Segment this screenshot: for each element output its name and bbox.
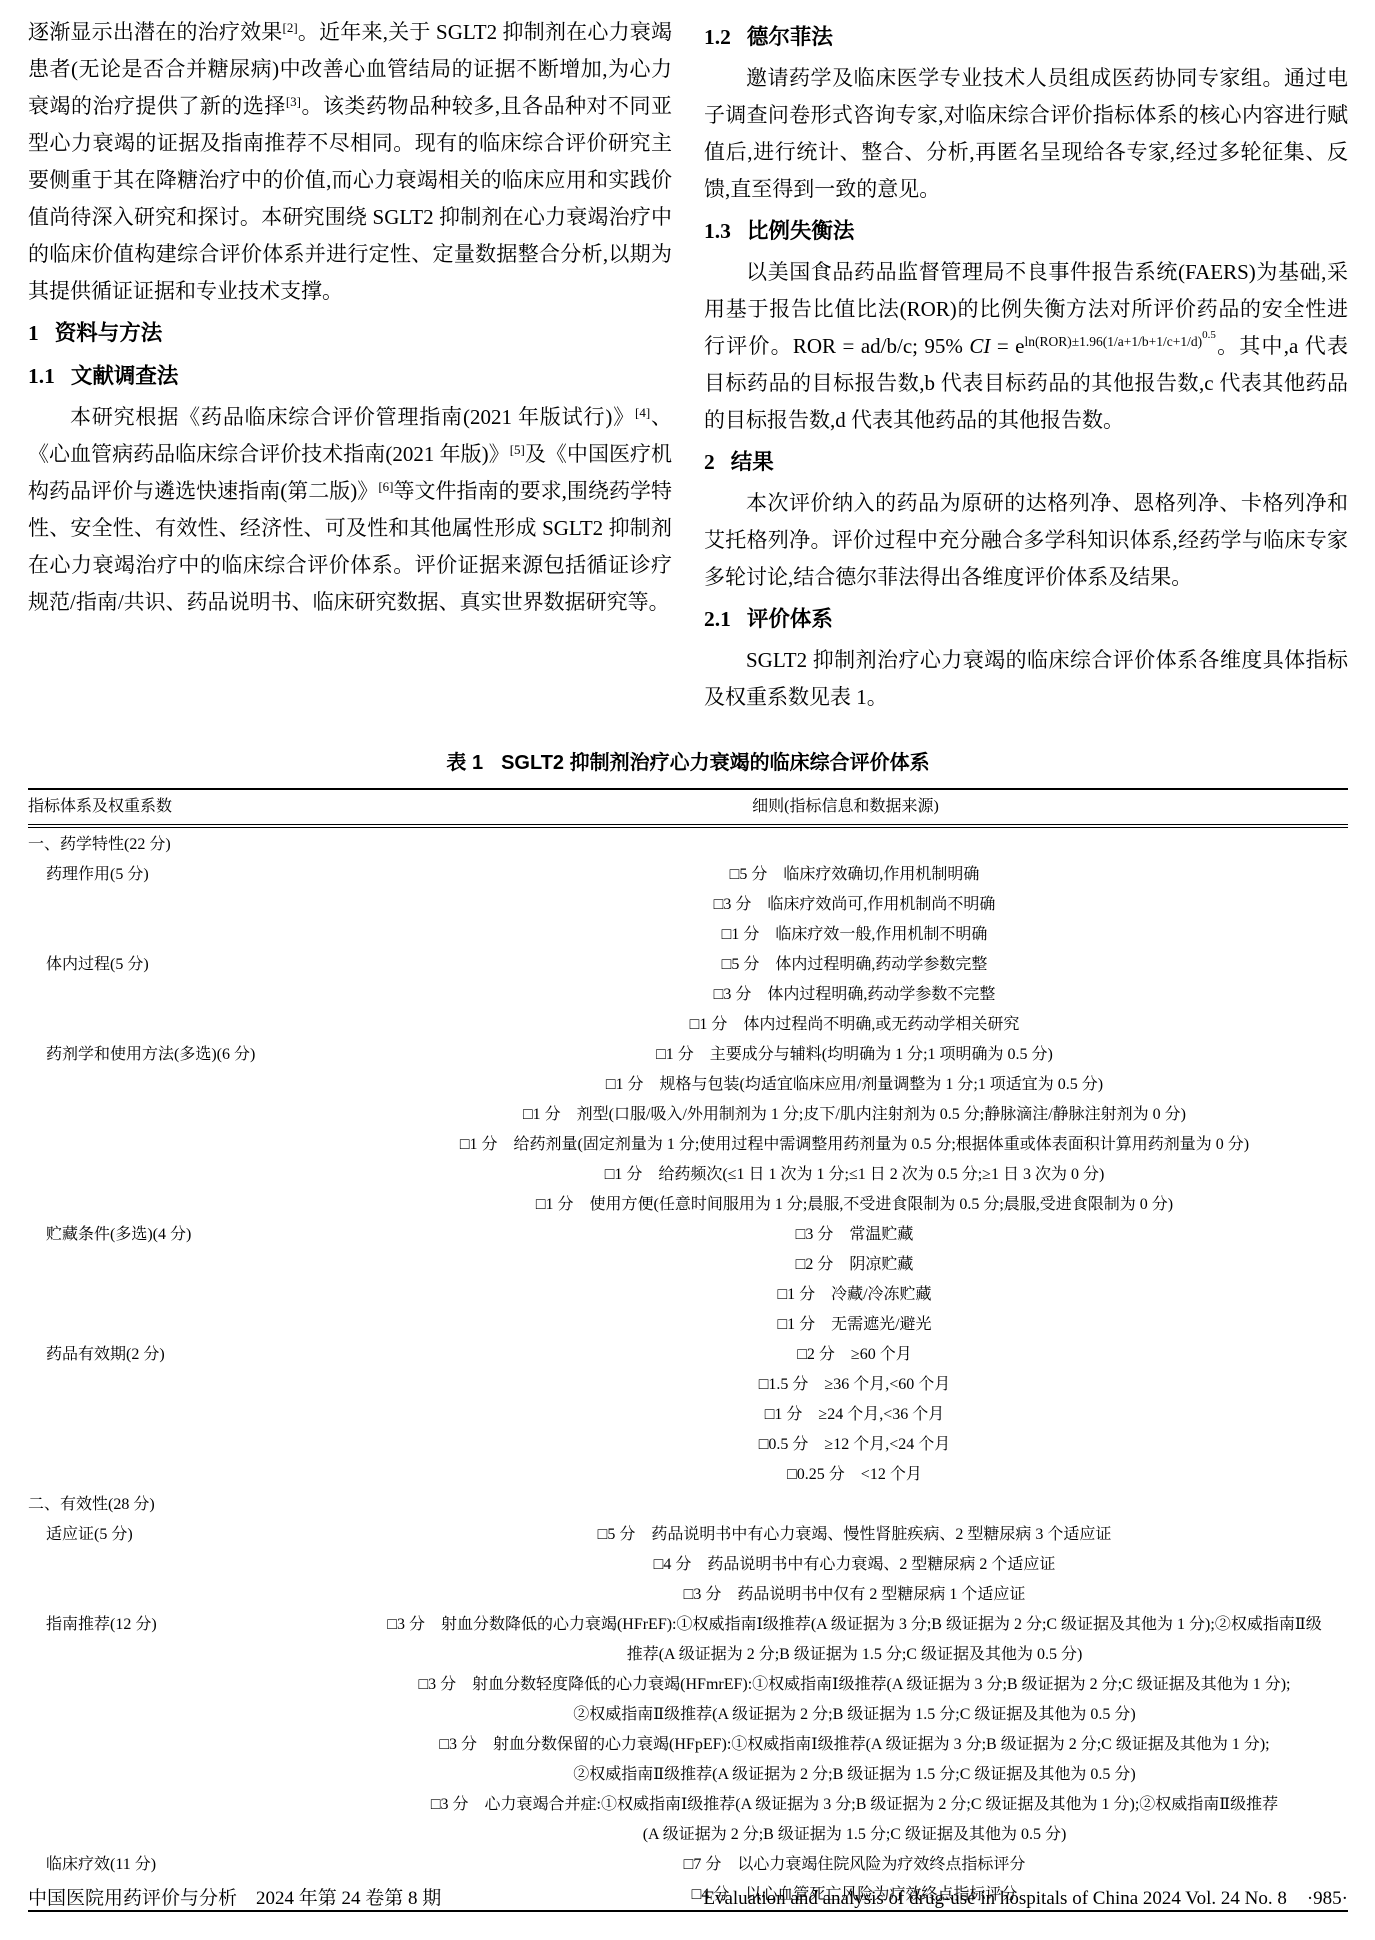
detail-line: 推荐(A 级证据为 2 分;B 级证据为 1.5 分;C 级证据及其他为 0.5… <box>361 1640 1348 1670</box>
row-indicator-label: 指南推荐(12 分) <box>28 1610 361 1640</box>
paragraph-intro: 逐渐显示出潜在的治疗效果[2]。近年来,关于 SGLT2 抑制剂在心力衰竭患者(… <box>28 14 672 310</box>
section-heading-disproportionality: 1.3比例失衡法 <box>704 211 1348 251</box>
section-heading-results: 2结果 <box>704 442 1348 482</box>
detail-line: □5 分 药品说明书中有心力衰竭、慢性肾脏疾病、2 型糖尿病 3 个适应证 <box>361 1520 1348 1550</box>
detail-line: □3 分 临床疗效尚可,作用机制尚不明确 <box>361 890 1348 920</box>
table-row: 体内过程(5 分)□5 分 体内过程明确,药动学参数完整□3 分 体内过程明确,… <box>28 950 1348 1040</box>
detail-line: □0.25 分 <12 个月 <box>361 1460 1348 1490</box>
paragraph-disproportionality: 以美国食品药品监督管理局不良事件报告系统(FAERS)为基础,采用基于报告比值比… <box>704 254 1348 439</box>
paragraph-results: 本次评价纳入的药品为原研的达格列净、恩格列净、卡格列净和艾托格列净。评价过程中充… <box>704 485 1348 596</box>
section-heading-literature-survey: 1.1文献调查法 <box>28 356 672 396</box>
reference-superscript: [2] <box>282 20 297 35</box>
text-segment: 本研究根据《药品临床综合评价管理指南(2021 年版试行)》 <box>70 405 635 429</box>
left-column: 逐渐显示出潜在的治疗效果[2]。近年来,关于 SGLT2 抑制剂在心力衰竭患者(… <box>28 14 672 716</box>
detail-line: □1 分 ≥24 个月,<36 个月 <box>361 1400 1348 1430</box>
detail-line: □2 分 阴凉贮藏 <box>361 1250 1348 1280</box>
paragraph-delphi: 邀请药学及临床医学专业技术人员组成医药协同专家组。通过电子调查问卷形式咨询专家,… <box>704 60 1348 208</box>
page: { "page": { "left_column": { "p1": {"seg… <box>0 0 1375 1940</box>
page-number: ·985· <box>1307 1888 1348 1909</box>
table-title: 表 1SGLT2 抑制剂治疗心力衰竭的临床综合评价体系 <box>28 748 1348 778</box>
table-header-detail-col: 细则(指标信息和数据来源) <box>343 790 1348 824</box>
table-title-text: SGLT2 抑制剂治疗心力衰竭的临床综合评价体系 <box>501 752 930 774</box>
heading-number: 1.1 <box>28 364 55 388</box>
heading-title: 比例失衡法 <box>747 219 855 243</box>
table-row: 药品有效期(2 分)□2 分 ≥60 个月□1.5 分 ≥36 个月,<60 个… <box>28 1340 1348 1490</box>
italic-text-segment: CI <box>969 334 990 358</box>
heading-title: 评价体系 <box>747 607 833 631</box>
detail-line: (A 级证据为 2 分;B 级证据为 1.5 分;C 级证据及其他为 0.5 分… <box>361 1820 1348 1850</box>
detail-line: □2 分 ≥60 个月 <box>361 1340 1348 1370</box>
row-detail-lines: □5 分 临床疗效确切,作用机制明确□3 分 临床疗效尚可,作用机制尚不明确□1… <box>361 860 1348 950</box>
row-indicator-label: 贮藏条件(多选)(4 分) <box>28 1220 361 1250</box>
reference-superscript: [5] <box>510 442 525 457</box>
heading-number: 2.1 <box>704 607 731 631</box>
reference-superscript: [3] <box>286 94 301 109</box>
section-heading-materials-methods: 1资料与方法 <box>28 313 672 353</box>
detail-line: □3 分 体内过程明确,药动学参数不完整 <box>361 980 1348 1010</box>
detail-line: □5 分 体内过程明确,药动学参数完整 <box>361 950 1348 980</box>
text-segment: 邀请药学及临床医学专业技术人员组成医药协同专家组。通过电子调查问卷形式咨询专家,… <box>704 66 1348 201</box>
heading-number: 1.2 <box>704 25 731 49</box>
row-detail-lines: □2 分 ≥60 个月□1.5 分 ≥36 个月,<60 个月□1 分 ≥24 … <box>361 1340 1348 1490</box>
table-number: 表 1 <box>446 752 483 774</box>
row-indicator-label: 体内过程(5 分) <box>28 950 361 980</box>
footer: 中国医院用药评价与分析 2024 年第 24 卷第 8 期 Evaluation… <box>28 1884 1348 1914</box>
heading-number: 2 <box>704 450 715 474</box>
journal-name-en: Evaluation and analysis of drug-use in h… <box>703 1884 1348 1914</box>
text-segment: SGLT2 抑制剂治疗心力衰竭的临床综合评价体系各维度具体指标及权重系数见表 1… <box>704 648 1348 709</box>
detail-line: □7 分 以心力衰竭住院风险为疗效终点指标评分 <box>361 1850 1348 1880</box>
evaluation-table: 指标体系及权重系数 细则(指标信息和数据来源) 一、药学特性(22 分)药理作用… <box>28 788 1348 1912</box>
right-column: 1.2德尔菲法 邀请药学及临床医学专业技术人员组成医药协同专家组。通过电子调查问… <box>704 14 1348 716</box>
row-indicator-label: 一、药学特性(22 分) <box>28 830 343 860</box>
detail-line: □0.5 分 ≥12 个月,<24 个月 <box>361 1430 1348 1460</box>
detail-line: □3 分 射血分数保留的心力衰竭(HFpEF):①权威指南Ⅰ级推荐(A 级证据为… <box>361 1730 1348 1760</box>
formula-exponent-power: 0.5 <box>1202 329 1216 341</box>
paragraph-literature-survey: 本研究根据《药品临床综合评价管理指南(2021 年版试行)》[4]、《心血管病药… <box>28 399 672 621</box>
table-row: 指南推荐(12 分)□3 分 射血分数降低的心力衰竭(HFrEF):①权威指南Ⅰ… <box>28 1610 1348 1850</box>
detail-line: □1 分 临床疗效一般,作用机制不明确 <box>361 920 1348 950</box>
row-detail-lines: □1 分 主要成分与辅料(均明确为 1 分;1 项明确为 0.5 分)□1 分 … <box>361 1040 1348 1220</box>
row-detail-lines: □3 分 常温贮藏□2 分 阴凉贮藏□1 分 冷藏/冷冻贮藏□1 分 无需遮光/… <box>361 1220 1348 1340</box>
journal-citation-en: Evaluation and analysis of drug-use in h… <box>703 1888 1287 1909</box>
detail-line: □1 分 规格与包装(均适宜临床应用/剂量调整为 1 分;1 项适宜为 0.5 … <box>361 1070 1348 1100</box>
section-heading-evaluation-system: 2.1评价体系 <box>704 599 1348 639</box>
table-row: 药剂学和使用方法(多选)(6 分)□1 分 主要成分与辅料(均明确为 1 分;1… <box>28 1040 1348 1220</box>
detail-line: □1 分 使用方便(任意时间服用为 1 分;晨服,不受进食限制为 0.5 分;晨… <box>361 1190 1348 1220</box>
detail-line: □1 分 剂型(口服/吸入/外用制剂为 1 分;皮下/肌内注射剂为 0.5 分;… <box>361 1100 1348 1130</box>
detail-line: □3 分 射血分数轻度降低的心力衰竭(HFmrEF):①权威指南Ⅰ级推荐(A 级… <box>361 1670 1348 1700</box>
heading-title: 结果 <box>731 450 774 474</box>
heading-title: 德尔菲法 <box>747 25 833 49</box>
row-indicator-label: 药理作用(5 分) <box>28 860 361 890</box>
table-row: 适应证(5 分)□5 分 药品说明书中有心力衰竭、慢性肾脏疾病、2 型糖尿病 3… <box>28 1520 1348 1610</box>
detail-line: ②权威指南Ⅱ级推荐(A 级证据为 2 分;B 级证据为 1.5 分;C 级证据及… <box>361 1700 1348 1730</box>
article-columns: 逐渐显示出潜在的治疗效果[2]。近年来,关于 SGLT2 抑制剂在心力衰竭患者(… <box>28 14 1348 716</box>
detail-line: □1 分 无需遮光/避光 <box>361 1310 1348 1340</box>
row-detail-lines: □5 分 药品说明书中有心力衰竭、慢性肾脏疾病、2 型糖尿病 3 个适应证□4 … <box>361 1520 1348 1610</box>
detail-line: □3 分 常温贮藏 <box>361 1220 1348 1250</box>
heading-number: 1.3 <box>704 219 731 243</box>
detail-line: □1 分 给药频次(≤1 日 1 次为 1 分;≤1 日 2 次为 0.5 分;… <box>361 1160 1348 1190</box>
text-segment: = e <box>990 334 1024 358</box>
table-header-indicator-col: 指标体系及权重系数 <box>28 790 343 824</box>
heading-title: 文献调查法 <box>71 364 179 388</box>
row-indicator-label: 适应证(5 分) <box>28 1520 361 1550</box>
formula-exponent: ln(ROR)±1.96(1/a+1/b+1/c+1/d) <box>1025 334 1203 349</box>
row-detail-lines: □5 分 体内过程明确,药动学参数完整□3 分 体内过程明确,药动学参数不完整□… <box>361 950 1348 1040</box>
section-heading-delphi: 1.2德尔菲法 <box>704 17 1348 57</box>
detail-line: □5 分 临床疗效确切,作用机制明确 <box>361 860 1348 890</box>
detail-line: □1 分 冷藏/冷冻贮藏 <box>361 1280 1348 1310</box>
text-segment: 本次评价纳入的药品为原研的达格列净、恩格列净、卡格列净和艾托格列净。评价过程中充… <box>704 491 1348 589</box>
detail-line: □1.5 分 ≥36 个月,<60 个月 <box>361 1370 1348 1400</box>
text-segment: 。该类药物品种较多,且各品种对不同亚型心力衰竭的证据及指南推荐不尽相同。现有的临… <box>28 94 672 303</box>
table-row: 贮藏条件(多选)(4 分)□3 分 常温贮藏□2 分 阴凉贮藏□1 分 冷藏/冷… <box>28 1220 1348 1340</box>
table-row: 药理作用(5 分)□5 分 临床疗效确切,作用机制明确□3 分 临床疗效尚可,作… <box>28 860 1348 950</box>
detail-line: □3 分 心力衰竭合并症:①权威指南Ⅰ级推荐(A 级证据为 3 分;B 级证据为… <box>361 1790 1348 1820</box>
journal-name-cn: 中国医院用药评价与分析 2024 年第 24 卷第 8 期 <box>28 1884 441 1914</box>
detail-line: ②权威指南Ⅱ级推荐(A 级证据为 2 分;B 级证据为 1.5 分;C 级证据及… <box>361 1760 1348 1790</box>
heading-title: 资料与方法 <box>55 321 163 345</box>
row-indicator-label: 二、有效性(28 分) <box>28 1490 343 1520</box>
table-row: 一、药学特性(22 分) <box>28 830 1348 860</box>
detail-line: □1 分 体内过程尚不明确,或无药动学相关研究 <box>361 1010 1348 1040</box>
heading-number: 1 <box>28 321 39 345</box>
reference-superscript: [4] <box>635 405 650 420</box>
reference-superscript: [6] <box>378 479 393 494</box>
table-row: 二、有效性(28 分) <box>28 1490 1348 1520</box>
detail-line: □3 分 药品说明书中仅有 2 型糖尿病 1 个适应证 <box>361 1580 1348 1610</box>
row-indicator-label: 临床疗效(11 分) <box>28 1850 361 1880</box>
row-detail-lines: □3 分 射血分数降低的心力衰竭(HFrEF):①权威指南Ⅰ级推荐(A 级证据为… <box>361 1610 1348 1850</box>
table-body: 一、药学特性(22 分)药理作用(5 分)□5 分 临床疗效确切,作用机制明确□… <box>28 828 1348 1910</box>
table-header-row: 指标体系及权重系数 细则(指标信息和数据来源) <box>28 790 1348 824</box>
detail-line: □3 分 射血分数降低的心力衰竭(HFrEF):①权威指南Ⅰ级推荐(A 级证据为… <box>361 1610 1348 1640</box>
row-indicator-label: 药品有效期(2 分) <box>28 1340 361 1370</box>
detail-line: □1 分 给药剂量(固定剂量为 1 分;使用过程中需调整用药剂量为 0.5 分;… <box>361 1130 1348 1160</box>
text-segment: 逐渐显示出潜在的治疗效果 <box>28 20 282 44</box>
detail-line: □1 分 主要成分与辅料(均明确为 1 分;1 项明确为 0.5 分) <box>361 1040 1348 1070</box>
detail-line: □4 分 药品说明书中有心力衰竭、2 型糖尿病 2 个适应证 <box>361 1550 1348 1580</box>
paragraph-evaluation-system: SGLT2 抑制剂治疗心力衰竭的临床综合评价体系各维度具体指标及权重系数见表 1… <box>704 642 1348 716</box>
row-indicator-label: 药剂学和使用方法(多选)(6 分) <box>28 1040 361 1070</box>
